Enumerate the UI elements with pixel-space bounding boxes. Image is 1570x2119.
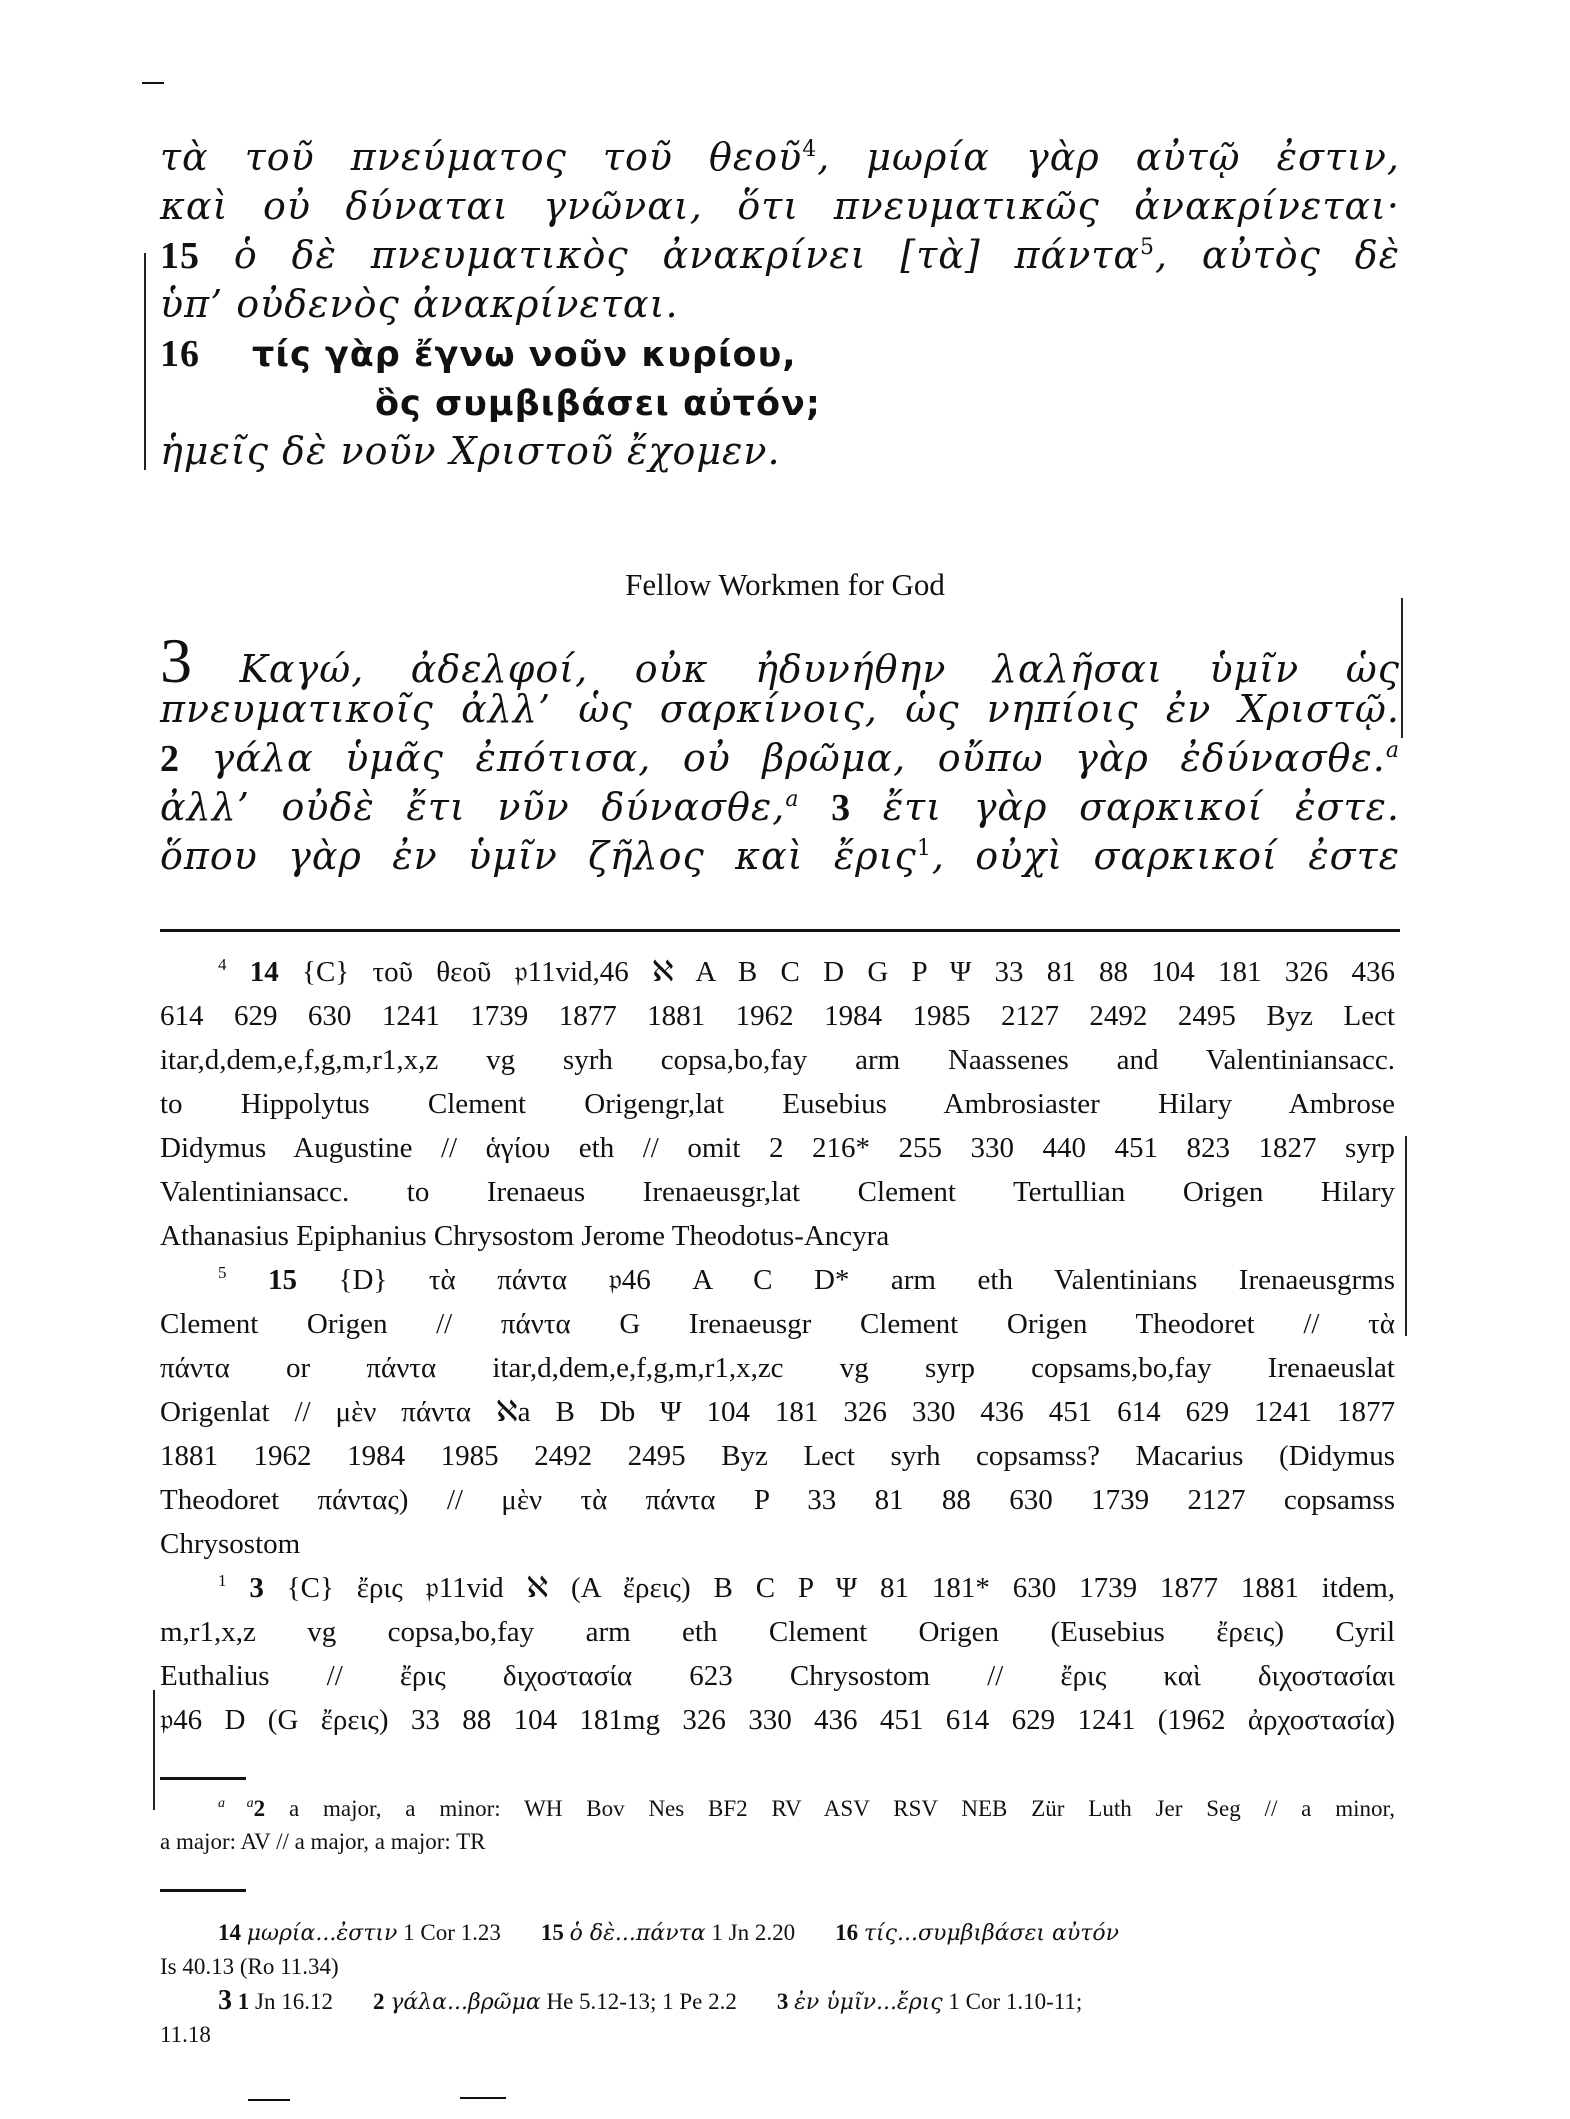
punct-line: a major: AV // a major, a major: TR — [160, 1825, 1395, 1858]
apparatus-line: Clement Origen // πάντα G Irenaeusgr Cle… — [160, 1302, 1395, 1346]
xref-ref[interactable]: He 5.12-13; 1 Pe 2.2 — [546, 1989, 736, 2014]
xref-line: 3 1 Jn 16.122 γάλα...βρῶμα He 5.12-13; 1… — [160, 1984, 1395, 2018]
apparatus-line: 5 15 {D} τὰ πάντα 𝔭46 A C D* arm eth Val… — [160, 1258, 1395, 1302]
text-line: ὅπου γὰρ ἐν ὑμῖν ζῆλος καὶ ἔρις1, οὐχὶ σ… — [160, 832, 1400, 881]
certainty-rating: {C} — [287, 1572, 334, 1604]
apparatus-line: 𝔭46 D (G ἔρεις) 33 88 104 181mg 326 330 … — [160, 1698, 1395, 1742]
main-text-ch2: τὰ τοῦ πνεύματος τοῦ θεοῦ4, μωρία γὰρ αὐ… — [160, 133, 1400, 476]
cross-references: 14 μωρία...ἐστιν 1 Cor 1.2315 ὁ δὲ...πάν… — [160, 1916, 1395, 2052]
bottom-mark-right — [460, 2097, 506, 2099]
text-segment: τὰ τοῦ πνεύματος τοῦ θεοῦ — [160, 135, 802, 179]
xref-phrase: τίς...συμβιβάσει αὐτόν — [864, 1921, 1119, 1946]
apparatus-line: to Hippolytus Clement Origengr,lat Euseb… — [160, 1082, 1395, 1126]
text-line: 16τίς γὰρ ἔγνω νοῦν κυρίου, — [160, 329, 1400, 378]
footnote-marker[interactable]: 5 — [1140, 235, 1155, 260]
xref-phrase: μωρία...ἐστιν — [247, 1921, 398, 1946]
punctuation-marker[interactable]: a — [1386, 738, 1400, 763]
punct-verse: 2 — [254, 1796, 266, 1821]
text-segment: , αὐτὸς δὲ — [1155, 233, 1400, 277]
text-segment: ἔτι γὰρ σαρκικοί ἐστε. — [883, 785, 1400, 829]
xref-line: 14 μωρία...ἐστιν 1 Cor 1.2315 ὁ δὲ...πάν… — [160, 1916, 1395, 1950]
margin-line-left-lower — [153, 1690, 155, 1810]
quotation: ὃς συμβιβάσει αὐτόν; — [375, 384, 821, 424]
apparatus-text: τὰ πάντα 𝔭46 A C D* arm eth Valentinians… — [429, 1264, 1395, 1296]
text-line: ἀλλ’ οὐδὲ ἔτι νῦν δύνασθε,a 3 ἔτι γὰρ σα… — [160, 783, 1400, 832]
punct-marker: a a — [218, 1796, 254, 1811]
text-line: 2 γάλα ὑμᾶς ἐπότισα, οὐ βρῶμα, οὔπω γὰρ … — [160, 734, 1400, 783]
text-line: 15 ὁ δὲ πνευματικὸς ἀνακρίνει [τὰ] πάντα… — [160, 231, 1400, 280]
xref-ref[interactable]: 1 Cor 1.10-11; — [948, 1989, 1082, 2014]
xref-ref[interactable]: Jn 16.12 — [255, 1989, 333, 2014]
apparatus-text: ἔρις 𝔭11vid ℵ (A ἔρεις) B C P Ψ 81 181* … — [357, 1572, 1395, 1604]
xref-verse: 1 — [238, 1989, 250, 2014]
text-line: 3 Καγώ, ἀδελφοί, οὐκ ἠδυνήθην λαλῆσαι ὑμ… — [160, 636, 1400, 685]
xref-verse: 2 — [373, 1989, 385, 2014]
apparatus-line: itar,d,dem,e,f,g,m,r1,x,z vg syrh copsa,… — [160, 1038, 1395, 1082]
apparatus-line: Valentiniansacc. to Irenaeus Irenaeusgr,… — [160, 1170, 1395, 1214]
note-marker: 5 — [218, 1263, 227, 1282]
xref-verse: 16 — [835, 1920, 858, 1945]
bottom-mark-left — [248, 2099, 290, 2101]
apparatus-line: Theodoret πάντας) // μὲν τὰ πάντα P 33 8… — [160, 1478, 1395, 1522]
xref-ref[interactable]: 1 Jn 2.20 — [711, 1920, 795, 1945]
top-left-dash — [142, 82, 164, 84]
verse-number: 16 — [160, 333, 200, 375]
quotation: τίς γὰρ ἔγνω νοῦν κυρίου, — [252, 335, 797, 375]
xref-line[interactable]: 11.18 — [160, 2018, 1395, 2052]
text-line: πνευματικοῖς ἀλλ’ ὡς σαρκίνοις, ὡς νηπίο… — [160, 685, 1400, 734]
xref-line[interactable]: Is 40.13 (Ro 11.34) — [160, 1950, 1395, 1984]
verse-number: 2 — [160, 738, 180, 780]
certainty-rating: {C} — [302, 956, 349, 988]
apparatus-separator — [160, 929, 1400, 932]
text-segment: ὅπου γὰρ ἐν ὑμῖν ζῆλος καὶ ἔρις — [160, 834, 917, 878]
margin-line-right-lower — [1405, 1136, 1407, 1336]
apparatus-line: m,r1,x,z vg copsa,bo,fay arm eth Clement… — [160, 1610, 1395, 1654]
textual-apparatus: 4 14 {C} τοῦ θεοῦ 𝔭11vid,46 ℵ A B C D G … — [160, 950, 1395, 1742]
footnote-marker[interactable]: 1 — [917, 836, 932, 861]
apparatus-line: Chrysostom — [160, 1522, 1395, 1566]
note-marker: 4 — [218, 955, 227, 974]
note-verse: 14 — [250, 956, 279, 988]
text-segment: , οὐχὶ σαρκικοί ἐστε — [932, 834, 1400, 878]
note-verse: 3 — [249, 1572, 264, 1604]
main-text-ch3: 3 Καγώ, ἀδελφοί, οὐκ ἠδυνήθην λαλῆσαι ὑμ… — [160, 636, 1400, 881]
text-line: ἡμεῖς δὲ νοῦν Χριστοῦ ἔχομεν. — [160, 427, 1400, 476]
text-line: ὑπ’ οὐδενὸς ἀνακρίνεται. — [160, 280, 1400, 329]
xref-verse: 3 — [777, 1989, 789, 2014]
note-marker: 1 — [218, 1571, 227, 1590]
punctuation-apparatus: a a2 a major, a minor: WH Bov Nes BF2 RV… — [160, 1792, 1395, 1858]
xref-chapter: 3 — [218, 1985, 232, 2016]
apparatus-line: Athanasius Epiphanius Chrysostom Jerome … — [160, 1214, 1395, 1258]
text-line: καὶ οὐ δύναται γνῶναι, ὅτι πνευματικῶς ἀ… — [160, 182, 1400, 231]
xref-verse: 14 — [218, 1920, 241, 1945]
apparatus-line: 4 14 {C} τοῦ θεοῦ 𝔭11vid,46 ℵ A B C D G … — [160, 950, 1395, 994]
verse-number: 15 — [160, 235, 200, 277]
punctuation-separator — [160, 1777, 246, 1780]
punct-text: a major, a minor: WH Bov Nes BF2 RV ASV … — [289, 1796, 1395, 1821]
punct-line: a a2 a major, a minor: WH Bov Nes BF2 RV… — [160, 1792, 1395, 1825]
xref-phrase: γάλα...βρῶμα — [390, 1990, 541, 2015]
text-line: ὃς συμβιβάσει αὐτόν; — [160, 378, 1400, 427]
margin-line-left-upper — [144, 253, 146, 470]
text-segment: γάλα ὑμᾶς ἐπότισα, οὐ βρῶμα, οὔπω γὰρ ἐδ… — [212, 736, 1386, 780]
apparatus-line: 1881 1962 1984 1985 2492 2495 Byz Lect s… — [160, 1434, 1395, 1478]
footnote-marker[interactable]: 4 — [802, 137, 817, 162]
apparatus-line: Euthalius // ἔρις διχοστασία 623 Chrysos… — [160, 1654, 1395, 1698]
apparatus-line: πάντα or πάντα itar,d,dem,e,f,g,m,r1,x,z… — [160, 1346, 1395, 1390]
xref-phrase: ἐν ὑμῖν...ἔρις — [794, 1990, 943, 2015]
text-segment: ὁ δὲ πνευματικὸς ἀνακρίνει [τὰ] πάντα — [234, 233, 1140, 277]
text-line: τὰ τοῦ πνεύματος τοῦ θεοῦ4, μωρία γὰρ αὐ… — [160, 133, 1400, 182]
text-segment: ἀλλ’ οὐδὲ ἔτι νῦν δύνασθε, — [160, 785, 785, 829]
punctuation-marker[interactable]: a — [785, 787, 799, 812]
apparatus-line: Didymus Augustine // ἁγίου eth // omit 2… — [160, 1126, 1395, 1170]
text-segment: , μωρία γὰρ αὐτῷ ἐστιν, — [817, 135, 1400, 179]
apparatus-line: Origenlat // μὲν πάντα ℵa B Db Ψ 104 181… — [160, 1390, 1395, 1434]
apparatus-line: 1 3 {C} ἔρις 𝔭11vid ℵ (A ἔρεις) B C P Ψ … — [160, 1566, 1395, 1610]
xref-phrase: ὁ δὲ...πάντα — [570, 1921, 706, 1946]
section-heading: Fellow Workmen for God — [0, 565, 1570, 605]
xref-verse: 15 — [541, 1920, 564, 1945]
apparatus-text: τοῦ θεοῦ 𝔭11vid,46 ℵ A B C D G P Ψ 33 81… — [372, 956, 1395, 988]
certainty-rating: {D} — [339, 1264, 388, 1296]
xref-ref[interactable]: 1 Cor 1.23 — [403, 1920, 501, 1945]
xref-separator — [160, 1889, 246, 1892]
apparatus-line: 614 629 630 1241 1739 1877 1881 1962 198… — [160, 994, 1395, 1038]
margin-line-right-upper — [1401, 598, 1403, 738]
note-verse: 15 — [268, 1264, 297, 1296]
verse-number: 3 — [831, 787, 851, 829]
